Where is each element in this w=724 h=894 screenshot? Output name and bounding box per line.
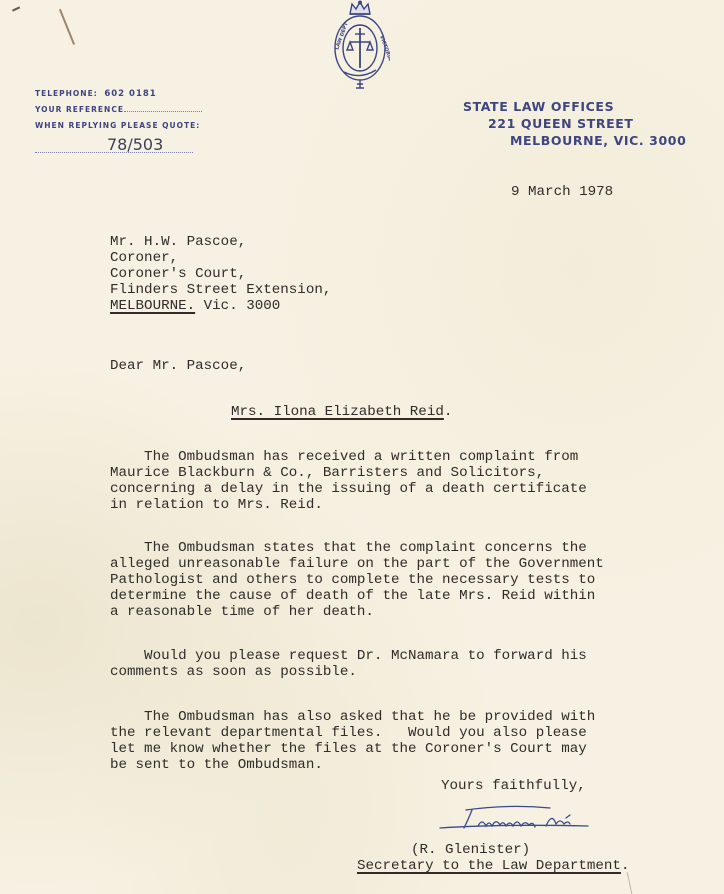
paragraph-3: Would you please request Dr. McNamara to… [110,648,587,680]
recipient-line2: Coroner, [110,250,178,266]
telephone-row: Telephone: 602 0181 [35,86,202,102]
your-reference-row: Your Reference [35,102,202,118]
recipient-state-postcode: Vic. 3000 [195,298,280,314]
staple-mark [59,9,75,45]
telephone-number: 602 0181 [104,89,156,99]
subject-line: Mrs. Ilona Elizabeth Reid. [231,404,452,420]
paragraph-line: The Ombudsman has received a written com… [110,449,578,465]
paragraph-line: be sent to the Ombudsman. [110,757,323,773]
quote-reference-field: 78/503 [35,132,193,153]
subject: Mrs. Ilona Elizabeth Reid [231,404,444,420]
paragraph-2: The Ombudsman states that the complaint … [110,540,604,620]
paragraph-line: determine the cause of death of the late… [110,588,595,604]
recipient-line4: Flinders Street Extension, [110,282,331,298]
letter-date: 9 March 1978 [511,184,613,200]
paragraph-line: alleged unreasonable failure on the part… [110,556,604,572]
signatory-title-punct: . [621,858,630,874]
signatory-title: Secretary to the Law Department [357,858,621,874]
recipient-line1: Mr. H.W. Pascoe, [110,234,246,250]
handwritten-signature-icon [438,800,598,838]
office-address-line2: 221 QUEEN STREET [463,115,686,132]
closing: Yours faithfully, [441,778,586,794]
paragraph-line: concerning a delay in the issuing of a d… [110,481,587,497]
paper-crease [627,872,633,894]
paragraph-line: The Ombudsman has also asked that he be … [110,709,595,725]
your-reference-label: Your Reference [35,105,124,114]
paragraph-4: The Ombudsman has also asked that he be … [110,709,595,773]
salutation: Dear Mr. Pascoe, [110,358,246,374]
office-address-line1: STATE LAW OFFICES [463,98,686,115]
law-department-victoria-crest-icon: LAW DEPT VICTORIA [330,0,390,94]
quote-reference: 78/503 [107,135,163,154]
signatory-title-line: Secretary to the Law Department. [357,858,629,874]
letter-page: LAW DEPT VICTORIA Telephone: 602 0181 Yo… [0,0,724,894]
recipient-city: MELBOURNE. [110,298,195,314]
paragraph-line: let me know whether the files at the Cor… [110,741,587,757]
signatory-name: (R. Glenister) [411,842,530,858]
telephone-label: Telephone: [35,89,98,98]
paragraph-line: Would you please request Dr. McNamara to… [110,648,587,664]
paragraph-line: in relation to Mrs. Reid. [110,497,323,513]
subject-punct: . [444,404,453,420]
paragraph-line: Maurice Blackburn & Co., Barristers and … [110,465,544,481]
when-replying-label: When Replying Please Quote: [35,121,200,130]
ink-mark [12,6,20,11]
paragraph-line: comments as soon as possible. [110,664,357,680]
paragraph-1: The Ombudsman has received a written com… [110,449,587,513]
your-reference-field [124,103,202,112]
office-address-line3: MELBOURNE, VIC. 3000 [463,132,686,149]
reference-block: Telephone: 602 0181 Your Reference When … [35,86,202,153]
paragraph-line: The Ombudsman states that the complaint … [110,540,587,556]
office-address: STATE LAW OFFICES 221 QUEEN STREET MELBO… [463,98,686,149]
paragraph-line: Pathologist and others to complete the n… [110,572,595,588]
recipient-line3: Coroner's Court, [110,266,246,282]
paragraph-line: a reasonable time of her death. [110,604,374,620]
recipient-address: Mr. H.W. Pascoe, Coroner, Coroner's Cour… [110,234,331,314]
paragraph-line: the relevant departmental files. Would y… [110,725,587,741]
